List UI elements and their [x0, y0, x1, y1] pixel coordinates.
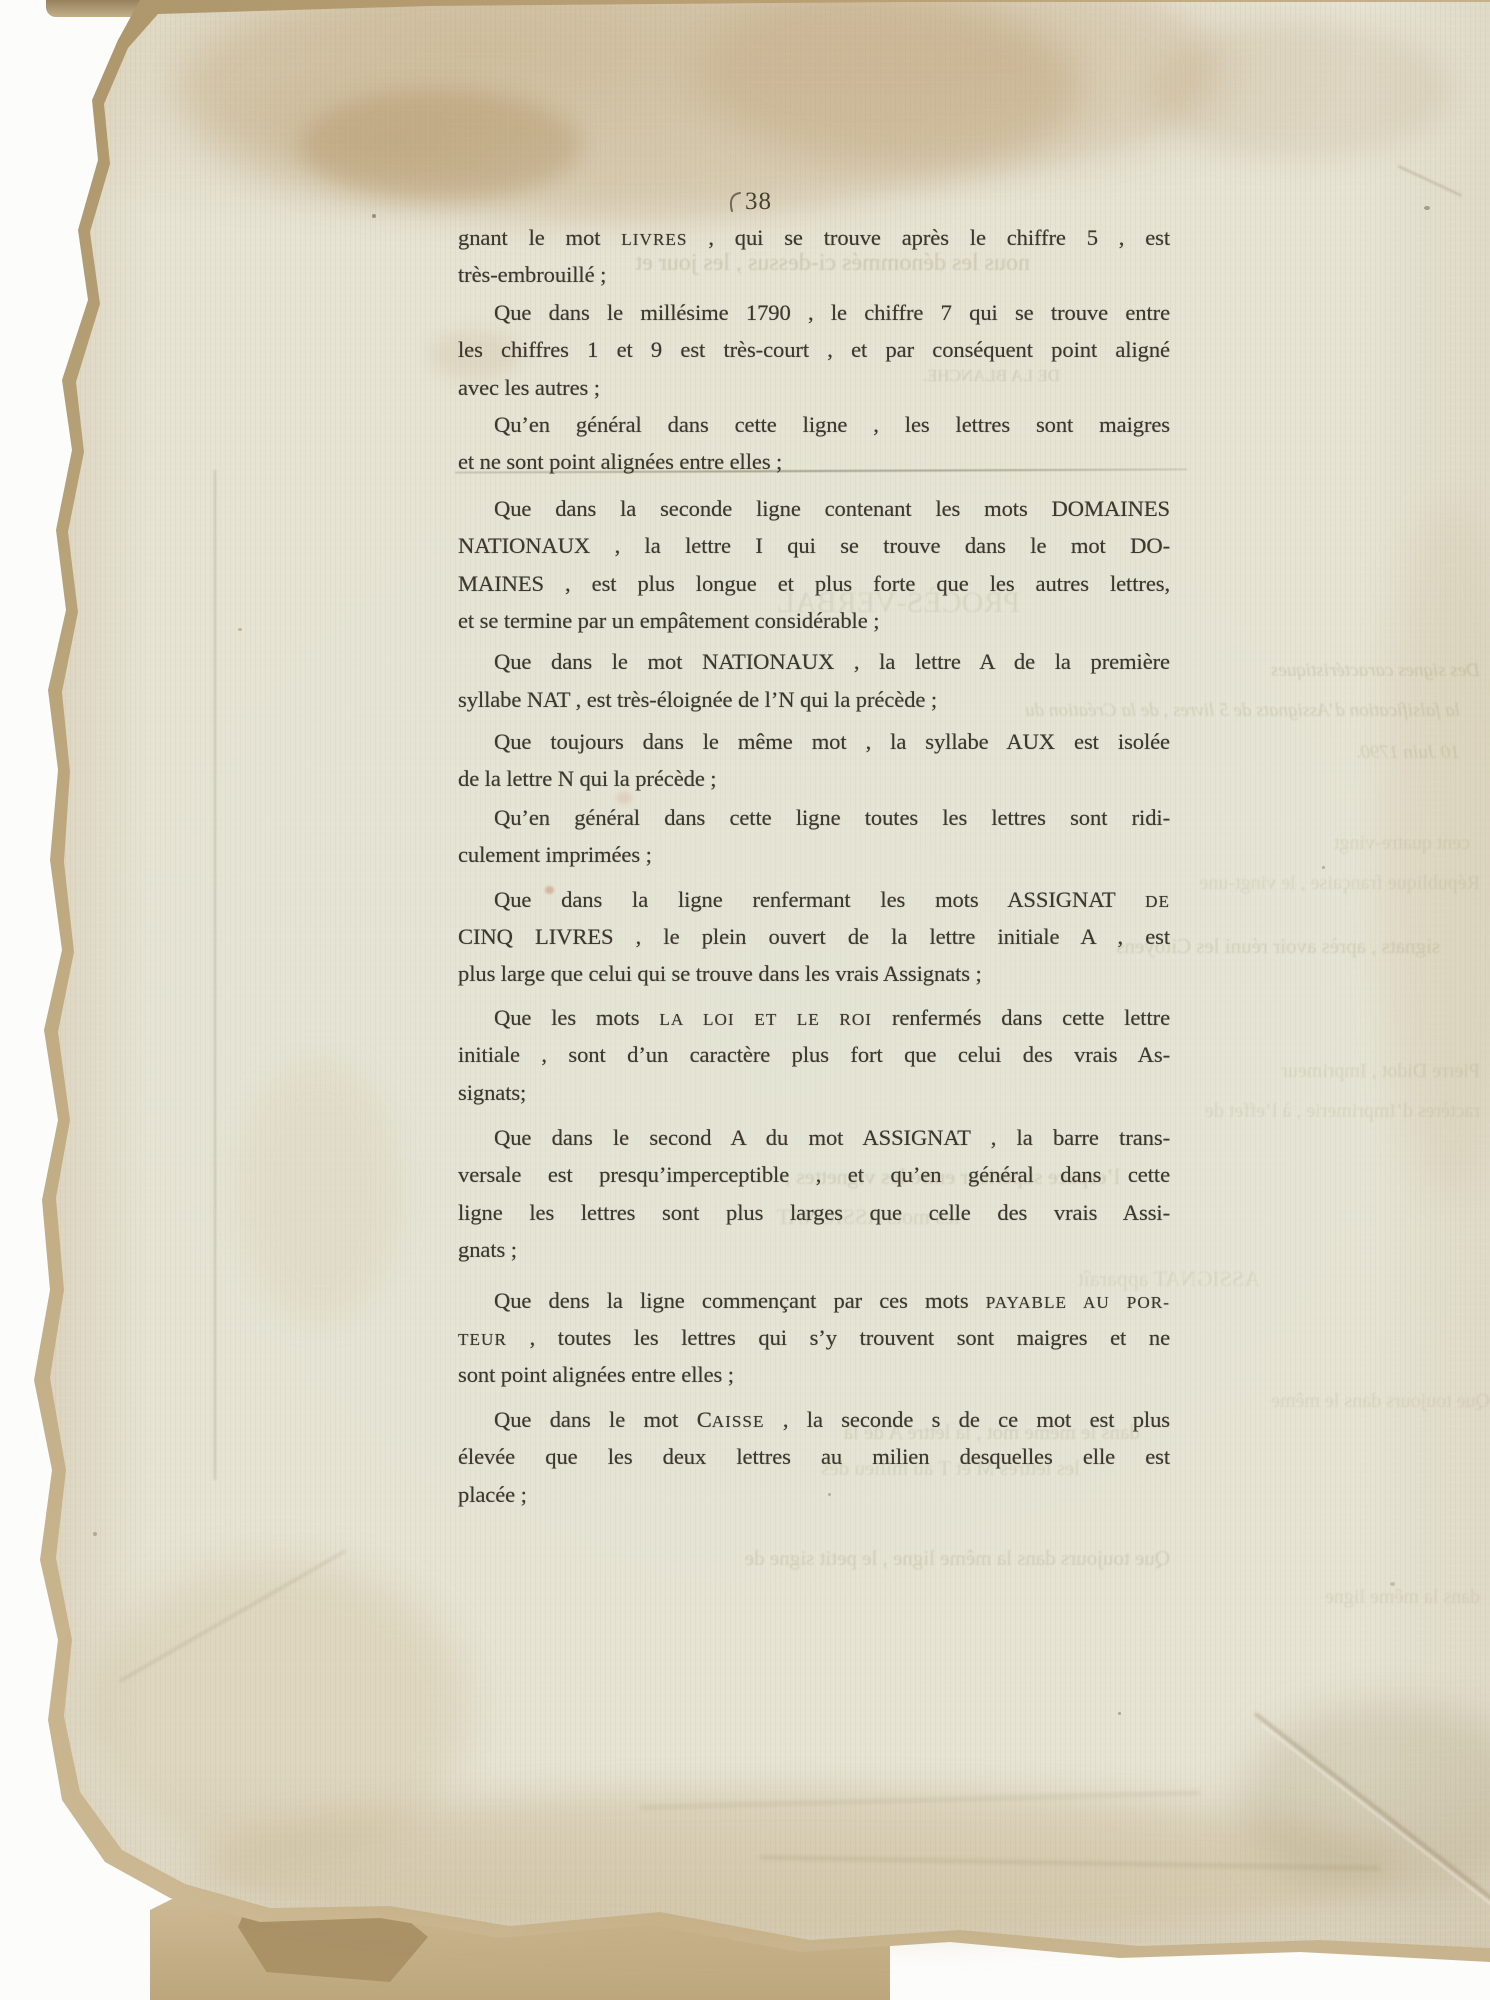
small-caps-word: TEUR: [458, 1330, 507, 1349]
text-line: versale est presqu’imperceptible , et qu…: [458, 1156, 1170, 1193]
text-line: NATIONAUX , la lettre I qui se trouve da…: [458, 527, 1170, 564]
text-line: MAINES , est plus longue et plus forte q…: [458, 565, 1170, 602]
text-line: et se termine par un empâtement considér…: [458, 602, 1170, 639]
small-caps-word: AISSE: [712, 1412, 765, 1431]
text-line: de la lettre N qui la précède ;: [458, 760, 1170, 797]
text-line: Que dans le second A du mot ASSIGNAT , l…: [458, 1119, 1170, 1156]
text-line: signats;: [458, 1074, 1170, 1111]
page-number-value: 38: [745, 188, 772, 216]
text-line: Que dans le mot CAISSE , la seconde s de…: [458, 1401, 1170, 1438]
text-line: gnats ;: [458, 1231, 1170, 1268]
text-line: initiale , sont d’un caractère plus fort…: [458, 1036, 1170, 1073]
text-line: Que toujours dans le même mot , la sylla…: [458, 723, 1170, 760]
text-line: et ne sont point alignées entre elles ;: [458, 443, 1170, 480]
bleedthrough-text: Des signes caractéristiques: [1230, 660, 1480, 682]
text-line: Que dans la seconde ligne contenant les …: [458, 490, 1170, 527]
text-line: Que les mots LA LOI ET LE ROI renfermés …: [458, 999, 1170, 1036]
text-line: culement imprimées ;: [458, 836, 1170, 873]
text-line: plus large que celui qui se trouve dans …: [458, 955, 1170, 992]
text-line: Que dens la ligne commençant par ces mot…: [458, 1282, 1170, 1319]
text-line: Que dans le mot NATIONAUX , la lettre A …: [458, 643, 1170, 680]
text-line: très-embrouillé ;: [458, 256, 1170, 293]
text-line: gnant le mot LIVRES , qui se trouve aprè…: [458, 219, 1170, 256]
text-line: TEUR , toutes les lettres qui s’y trouve…: [458, 1319, 1170, 1356]
text-line: élevée que les deux lettres au milien de…: [458, 1438, 1170, 1475]
text-block: gnant le mot LIVRES , qui se trouve aprè…: [458, 219, 1170, 1513]
bleedthrough-text: 10 Juin 1790.: [1300, 742, 1460, 764]
text-line: les chiffres 1 et 9 est très-court , et …: [458, 331, 1170, 368]
text-line: Qu’en général dans cette ligne , les let…: [458, 406, 1170, 443]
page-number: 38: [728, 188, 772, 216]
text-line: Qu’en général dans cette ligne toutes le…: [458, 799, 1170, 836]
bleedthrough-text: Que toujours dans le même: [1160, 1390, 1490, 1413]
small-caps-word: PAYABLE AU POR-: [986, 1293, 1170, 1312]
ink-flourish-mark: [728, 190, 742, 212]
text-line: Que dans la ligne renfermant les mots AS…: [458, 881, 1170, 918]
bleedthrough-text: Que toujours dans la même ligne , le pet…: [470, 1546, 1170, 1571]
bleedthrough-text: ractères d’Imprimerie , à l’effet de: [1120, 1100, 1480, 1123]
small-caps-word: DE: [1145, 892, 1170, 911]
scanned-document: nous les dénommés ci-dessus , les jour e…: [0, 0, 1490, 2000]
small-caps-word: LIVRES: [621, 230, 687, 249]
text-line: placée ;: [458, 1476, 1170, 1513]
bleedthrough-text: dans la même ligne: [1180, 1586, 1480, 1609]
small-caps-word: LA LOI ET LE ROI: [659, 1010, 872, 1029]
text-line: ligne les lettres sont plus larges que c…: [458, 1194, 1170, 1231]
bleedthrough-text: Pierre Didot , Imprimeur: [1120, 1060, 1480, 1083]
text-line: CINQ LIVRES , le plein ouvert de la lett…: [458, 918, 1170, 955]
text-line: avec les autres ;: [458, 369, 1170, 406]
text-line: syllabe NAT , est très-éloignée de l’N q…: [458, 681, 1170, 718]
text-line: sont point alignées entre elles ;: [458, 1356, 1170, 1393]
text-line: Que dans le millésime 1790 , le chiffre …: [458, 294, 1170, 331]
